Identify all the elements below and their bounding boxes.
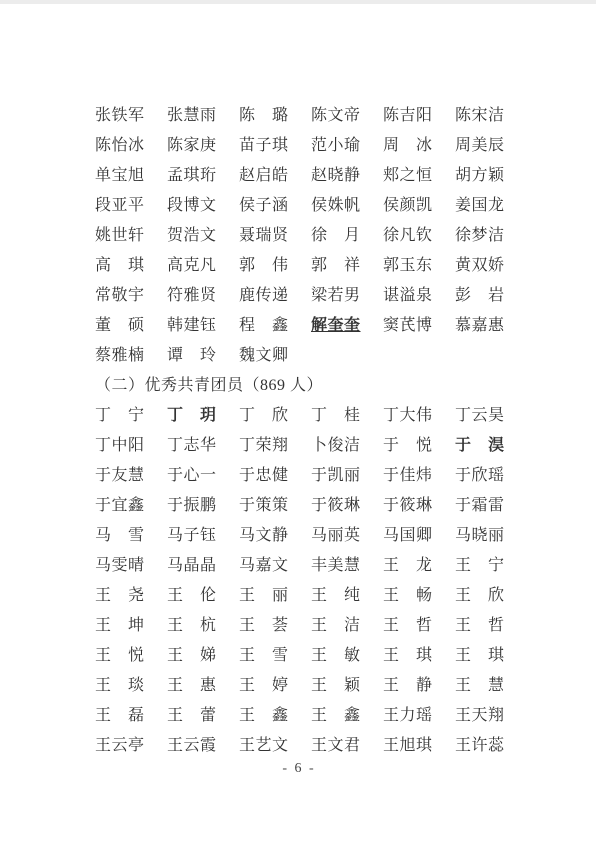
person-name: 王 磊	[95, 701, 145, 731]
person-name: 王力瑶	[383, 701, 433, 731]
person-name: 王 蕾	[167, 701, 217, 731]
person-name: 丁志华	[167, 431, 217, 461]
person-name: 张铁军	[95, 101, 145, 131]
person-name: 陈文帝	[311, 101, 361, 131]
person-name: 周 冰	[383, 131, 433, 161]
person-name: 聂瑞贤	[239, 221, 289, 251]
person-name: 孟琪珩	[167, 161, 217, 191]
person-name: 马雯晴	[95, 551, 145, 581]
person-name: 程 鑫	[239, 311, 289, 341]
person-name: 侯颜凯	[383, 191, 433, 221]
person-name: 梁若男	[311, 281, 361, 311]
name-grid-league-members: 丁 宁丁 玥丁 欣丁 桂丁大伟丁云昊丁中阳丁志华丁荣翔卜俊洁于 悦于 淏于友慧于…	[95, 401, 596, 761]
person-name: 徐 月	[311, 221, 361, 251]
person-name: 马丽英	[311, 521, 361, 551]
person-name: 段博文	[167, 191, 217, 221]
person-name: 于筱琳	[383, 491, 433, 521]
person-name: 慕嘉惠	[455, 311, 505, 341]
person-name: 于佳炜	[383, 461, 433, 491]
person-name: 王 悦	[95, 641, 145, 671]
person-name: 王云霞	[167, 731, 217, 761]
person-name: 马文静	[239, 521, 289, 551]
person-name: 范小瑜	[311, 131, 361, 161]
person-name: 马晶晶	[167, 551, 217, 581]
person-name: 周美辰	[455, 131, 505, 161]
person-name: 王 颖	[311, 671, 361, 701]
person-name: 高 琪	[95, 251, 145, 281]
empty-cell	[455, 341, 505, 371]
person-name: 王 尧	[95, 581, 145, 611]
name-grid-continued-section: 张铁军张慧雨陈 璐陈文帝陈吉阳陈宋洁陈怡冰陈家庚苗子琪范小瑜周 冰周美辰单宝旭孟…	[95, 101, 596, 371]
person-name: 王 洁	[311, 611, 361, 641]
person-name: 马子钰	[167, 521, 217, 551]
person-name: 陈 璐	[239, 101, 289, 131]
person-name: 丁中阳	[95, 431, 145, 461]
person-name: 魏文卿	[239, 341, 289, 371]
person-name: 鹿传递	[239, 281, 289, 311]
person-name: 于霜雷	[455, 491, 505, 521]
person-name: 常敬宇	[95, 281, 145, 311]
person-name: 于 悦	[383, 431, 433, 461]
person-name: 王 丽	[239, 581, 289, 611]
person-name: 王许蕊	[455, 731, 505, 761]
person-name: 张慧雨	[167, 101, 217, 131]
person-name: 王 琰	[95, 671, 145, 701]
person-name: 郭 祥	[311, 251, 361, 281]
person-name: 于筱琳	[311, 491, 361, 521]
person-name: 王 伦	[167, 581, 217, 611]
person-name: 王 哲	[383, 611, 433, 641]
person-name: 陈家庚	[167, 131, 217, 161]
person-name: 王 惠	[167, 671, 217, 701]
person-name: 董 硕	[95, 311, 145, 341]
person-name: 侯子涵	[239, 191, 289, 221]
person-name: 侯姝帆	[311, 191, 361, 221]
person-name: 王 坤	[95, 611, 145, 641]
person-name: 符雅贤	[167, 281, 217, 311]
person-name: 王 敏	[311, 641, 361, 671]
person-name: 姜国龙	[455, 191, 505, 221]
person-name: 王天翔	[455, 701, 505, 731]
person-name: 丁荣翔	[239, 431, 289, 461]
person-name: 王文君	[311, 731, 361, 761]
person-name: 陈吉阳	[383, 101, 433, 131]
section-heading: （二）优秀共青团员（869 人）	[95, 371, 596, 401]
person-name: 王 鑫	[239, 701, 289, 731]
person-name: 郭 伟	[239, 251, 289, 281]
person-name: 于 淏	[455, 431, 505, 461]
person-name: 王 荟	[239, 611, 289, 641]
person-name: 徐梦洁	[455, 221, 505, 251]
person-name: 王 雪	[239, 641, 289, 671]
person-name: 赵启皓	[239, 161, 289, 191]
empty-cell	[311, 341, 361, 371]
person-name: 丁 玥	[167, 401, 217, 431]
person-name: 马嘉文	[239, 551, 289, 581]
person-name: 于欣瑶	[455, 461, 505, 491]
person-name: 王 欣	[455, 581, 505, 611]
person-name: 蔡雅楠	[95, 341, 145, 371]
person-name: 丁 桂	[311, 401, 361, 431]
person-name: 王旭琪	[383, 731, 433, 761]
person-name: 于心一	[167, 461, 217, 491]
person-name: 韩建钰	[167, 311, 217, 341]
person-name: 于策策	[239, 491, 289, 521]
person-name: 姚世轩	[95, 221, 145, 251]
person-name: 王 纯	[311, 581, 361, 611]
person-name: 王 杭	[167, 611, 217, 641]
person-name: 丁大伟	[383, 401, 433, 431]
document-page: 张铁军张慧雨陈 璐陈文帝陈吉阳陈宋洁陈怡冰陈家庚苗子琪范小瑜周 冰周美辰单宝旭孟…	[0, 0, 596, 845]
person-name: 王 琪	[455, 641, 505, 671]
person-name: 彭 岩	[455, 281, 505, 311]
person-name: 王 龙	[383, 551, 433, 581]
person-name: 贺浩文	[167, 221, 217, 251]
page-content: 张铁军张慧雨陈 璐陈文帝陈吉阳陈宋洁陈怡冰陈家庚苗子琪范小瑜周 冰周美辰单宝旭孟…	[0, 0, 596, 781]
person-name: 胡方颖	[455, 161, 505, 191]
person-name: 王 鑫	[311, 701, 361, 731]
person-name: 丁 欣	[239, 401, 289, 431]
person-name: 解奎奎	[311, 311, 361, 341]
person-name: 于宜鑫	[95, 491, 145, 521]
person-name: 王 畅	[383, 581, 433, 611]
page-top-edge	[0, 0, 596, 4]
person-name: 黄双娇	[455, 251, 505, 281]
person-name: 徐凡钦	[383, 221, 433, 251]
person-name: 郭玉东	[383, 251, 433, 281]
page-number: - 6 -	[95, 757, 503, 781]
person-name: 谌溢泉	[383, 281, 433, 311]
person-name: 马国卿	[383, 521, 433, 551]
person-name: 于凯丽	[311, 461, 361, 491]
person-name: 卜俊洁	[311, 431, 361, 461]
person-name: 段亚平	[95, 191, 145, 221]
person-name: 丰美慧	[311, 551, 361, 581]
person-name: 陈宋洁	[455, 101, 505, 131]
person-name: 苗子琪	[239, 131, 289, 161]
empty-cell	[383, 341, 433, 371]
person-name: 王 慧	[455, 671, 505, 701]
person-name: 王 哲	[455, 611, 505, 641]
person-name: 王云亭	[95, 731, 145, 761]
person-name: 谭 玲	[167, 341, 217, 371]
person-name: 丁云昊	[455, 401, 505, 431]
person-name: 于友慧	[95, 461, 145, 491]
person-name: 高克凡	[167, 251, 217, 281]
person-name: 马晓丽	[455, 521, 505, 551]
person-name: 王 静	[383, 671, 433, 701]
person-name: 窦芪博	[383, 311, 433, 341]
person-name: 王 婷	[239, 671, 289, 701]
person-name: 赵晓静	[311, 161, 361, 191]
person-name: 王 娣	[167, 641, 217, 671]
person-name: 丁 宁	[95, 401, 145, 431]
person-name: 陈怡冰	[95, 131, 145, 161]
person-name: 于忠健	[239, 461, 289, 491]
person-name: 王 宁	[455, 551, 505, 581]
person-name: 单宝旭	[95, 161, 145, 191]
person-name: 马 雪	[95, 521, 145, 551]
person-name: 王 琪	[383, 641, 433, 671]
person-name: 郏之恒	[383, 161, 433, 191]
person-name: 于振鹏	[167, 491, 217, 521]
